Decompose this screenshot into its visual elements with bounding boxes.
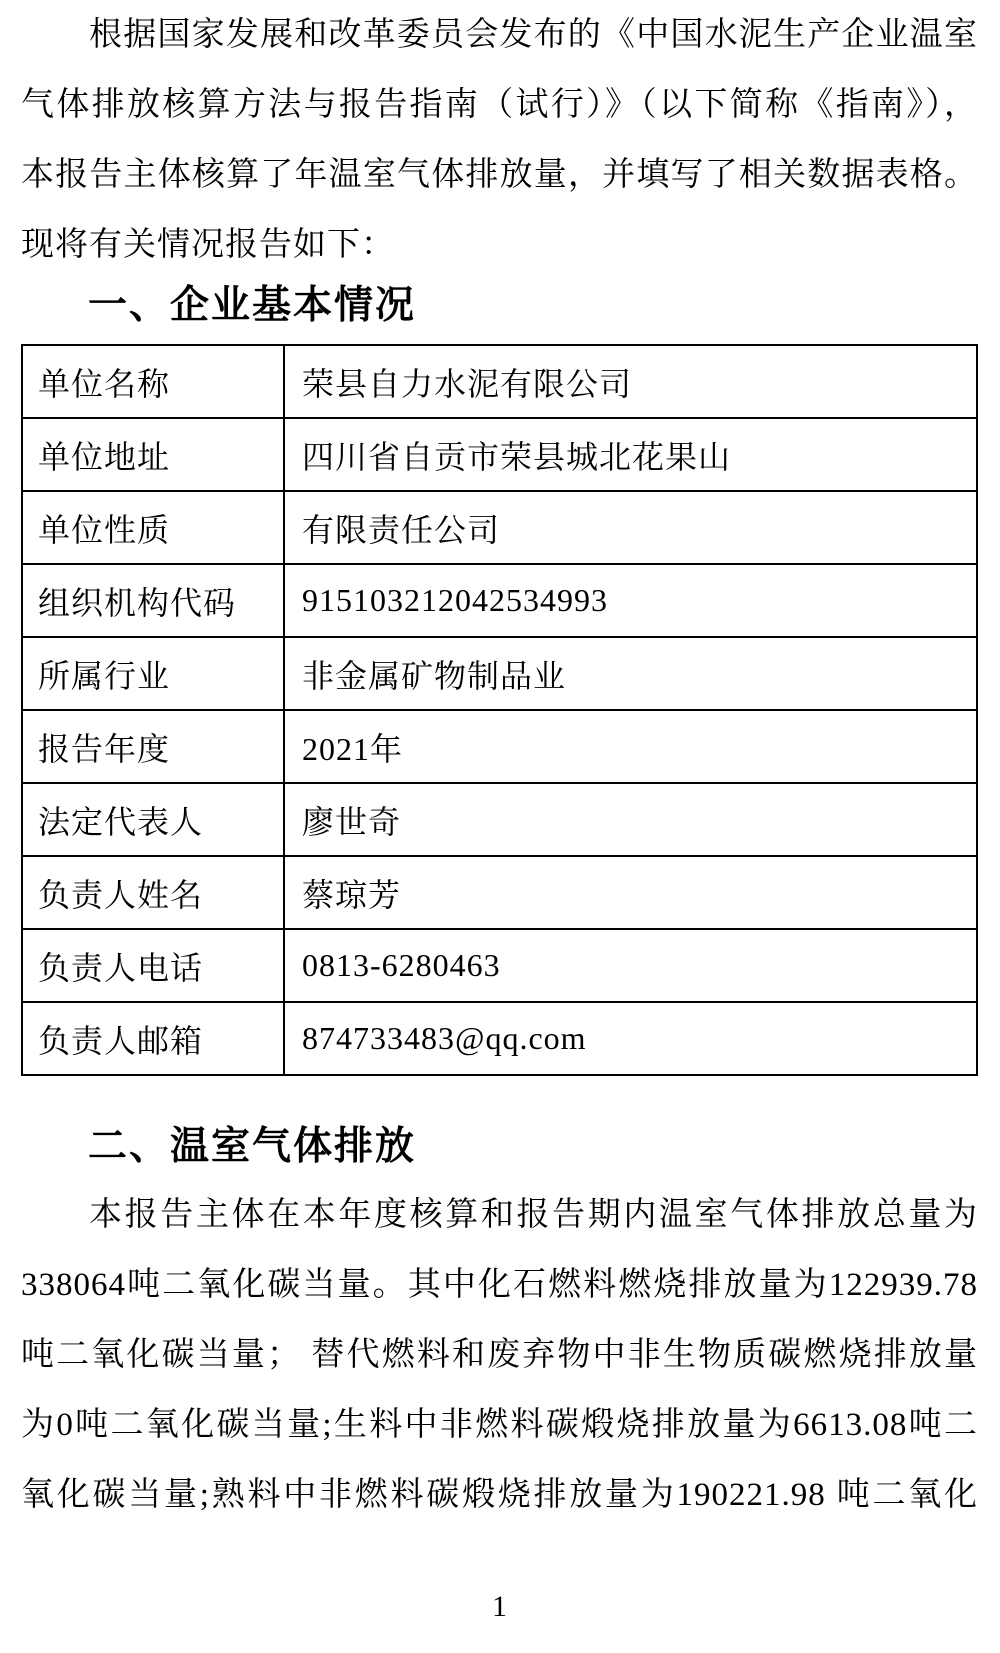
table-row: 组织机构代码915103212042534993 bbox=[22, 564, 977, 637]
field-value: 2021年 bbox=[284, 710, 977, 783]
document-page: 根据国家发展和改革委员会发布的《中国水泥生产企业温室气体排放核算方法与报告指南（… bbox=[0, 0, 1000, 1653]
field-label: 负责人电话 bbox=[22, 929, 284, 1002]
field-value: 有限责任公司 bbox=[284, 491, 977, 564]
page-footer: 1 bbox=[21, 1586, 978, 1628]
section2-heading: 二、温室气体排放 bbox=[21, 1124, 978, 1170]
field-label: 负责人邮箱 bbox=[22, 1002, 284, 1075]
field-value: 廖世奇 bbox=[284, 783, 977, 856]
intro-paragraph: 根据国家发展和改革委员会发布的《中国水泥生产企业温室气体排放核算方法与报告指南（… bbox=[21, 0, 978, 280]
field-label: 负责人姓名 bbox=[22, 856, 284, 929]
field-label: 报告年度 bbox=[22, 710, 284, 783]
field-value: 0813-6280463 bbox=[284, 929, 977, 1002]
text-line: 现将有关情况报告如下： bbox=[21, 210, 978, 280]
field-label: 组织机构代码 bbox=[22, 564, 284, 637]
field-value: 荣县自力水泥有限公司 bbox=[284, 345, 977, 418]
field-value: 非金属矿物制品业 bbox=[284, 637, 977, 710]
section1-heading: 一、企业基本情况 bbox=[21, 280, 978, 344]
table-row: 所属行业非金属矿物制品业 bbox=[22, 637, 977, 710]
field-label: 法定代表人 bbox=[22, 783, 284, 856]
company-info-table: 单位名称荣县自力水泥有限公司单位地址四川省自贡市荣县城北花果山单位性质有限责任公… bbox=[21, 344, 978, 1076]
text-line: 吨二氧化碳当量； 替代燃料和废弃物中非生物质碳燃烧排放量 bbox=[21, 1320, 978, 1390]
field-value: 874733483@qq.com bbox=[284, 1002, 977, 1075]
table-row: 负责人姓名蔡琼芳 bbox=[22, 856, 977, 929]
text-line: 氧化碳当量;熟料中非燃料碳煅烧排放量为190221.98 吨二氧化 bbox=[21, 1460, 978, 1530]
field-value: 915103212042534993 bbox=[284, 564, 977, 637]
company-info-table-body: 单位名称荣县自力水泥有限公司单位地址四川省自贡市荣县城北花果山单位性质有限责任公… bbox=[22, 345, 977, 1075]
field-label: 单位名称 bbox=[22, 345, 284, 418]
text-line: 338064吨二氧化碳当量。其中化石燃料燃烧排放量为122939.78 bbox=[21, 1250, 978, 1320]
table-row: 单位地址四川省自贡市荣县城北花果山 bbox=[22, 418, 977, 491]
emissions-paragraph: 本报告主体在本年度核算和报告期内温室气体排放总量为338064吨二氧化碳当量。其… bbox=[21, 1180, 978, 1530]
text-line: 根据国家发展和改革委员会发布的《中国水泥生产企业温室 bbox=[21, 0, 978, 70]
field-label: 单位地址 bbox=[22, 418, 284, 491]
text-line: 为0吨二氧化碳当量;生料中非燃料碳煅烧排放量为6613.08吨二 bbox=[21, 1390, 978, 1460]
field-value: 四川省自贡市荣县城北花果山 bbox=[284, 418, 977, 491]
table-row: 法定代表人廖世奇 bbox=[22, 783, 977, 856]
table-row: 单位性质有限责任公司 bbox=[22, 491, 977, 564]
field-value: 蔡琼芳 bbox=[284, 856, 977, 929]
field-label: 所属行业 bbox=[22, 637, 284, 710]
text-line: 气体排放核算方法与报告指南（试行）》（以下简称《指南》）， bbox=[21, 70, 978, 140]
table-row: 负责人电话0813-6280463 bbox=[22, 929, 977, 1002]
table-row: 负责人邮箱874733483@qq.com bbox=[22, 1002, 977, 1075]
field-label: 单位性质 bbox=[22, 491, 284, 564]
text-line: 本报告主体核算了年温室气体排放量，并填写了相关数据表格。 bbox=[21, 140, 978, 210]
page-number: 1 bbox=[492, 1590, 507, 1623]
table-row: 报告年度2021年 bbox=[22, 710, 977, 783]
text-line: 本报告主体在本年度核算和报告期内温室气体排放总量为 bbox=[21, 1180, 978, 1250]
table-row: 单位名称荣县自力水泥有限公司 bbox=[22, 345, 977, 418]
